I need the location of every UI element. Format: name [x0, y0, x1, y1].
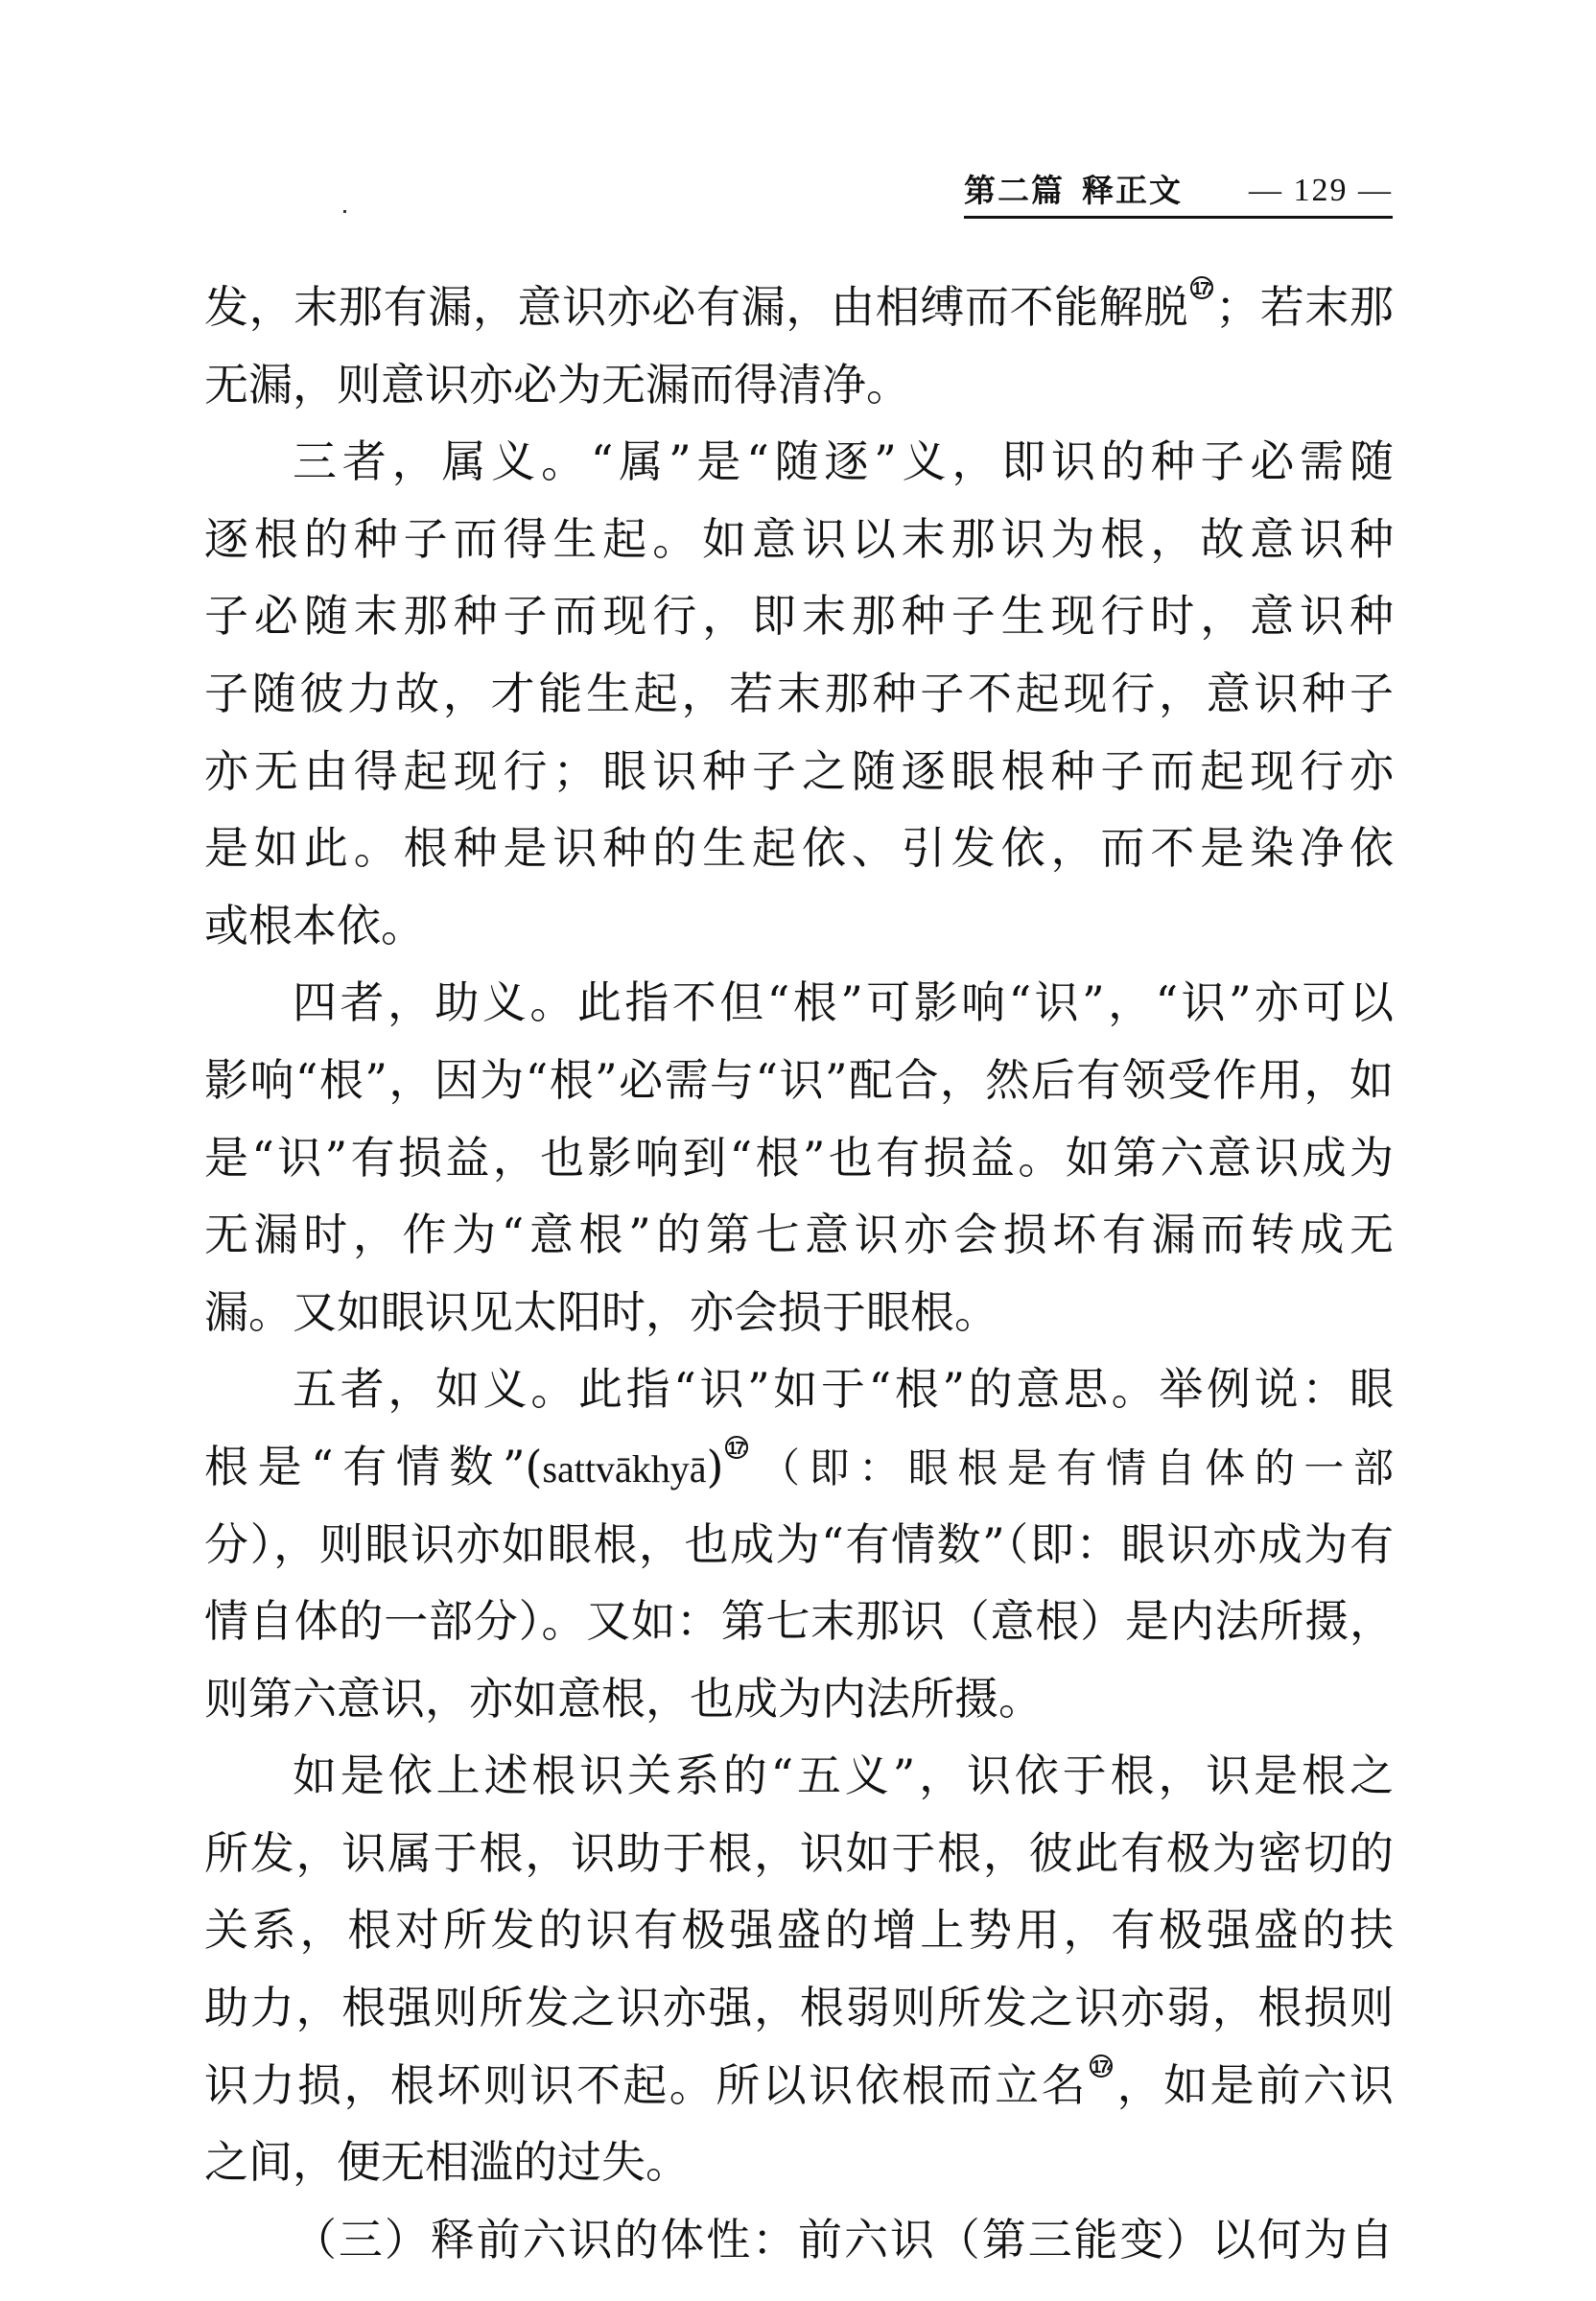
text-line: 之间，便无相滥的过失。 — [204, 2124, 1394, 2201]
text-line: 助力，根强则所发之识亦强，根弱则所发之识亦弱，根损则 — [204, 1969, 1394, 2047]
text-line: 漏。又如眼识见太阳时，亦会损于眼根。 — [204, 1274, 1394, 1351]
text-line: 子随彼力故，才能生起，若末那种子不起现行，意识种子 — [204, 655, 1394, 733]
paragraph-start-line: 三者，属义。“属”是“随逐”义，即识的种子必需随 — [204, 423, 1394, 501]
line-text: 发，末那有漏，意识亦必有漏，由相缚而不能解脱 — [204, 281, 1188, 333]
text-line: 逐根的种子而得生起。如意识以末那识为根，故意识种 — [204, 501, 1394, 578]
text-line: 所发，识属于根，识助于根，识如于根，彼此有极为密切的 — [204, 1815, 1394, 1892]
line-text: （即：眼根是有情自体的一部 — [750, 1444, 1394, 1491]
line-text: ) — [707, 1441, 724, 1492]
line-text: ，如是前六识 — [1115, 2059, 1394, 2111]
footnote-marker-172[interactable]: 172 — [1190, 276, 1213, 299]
header-chapter: 第二篇 — [964, 170, 1065, 212]
running-header: 第二篇 释正文 — 129 — — [964, 169, 1393, 219]
line-text: ；若末那 — [1215, 281, 1394, 333]
text-line: 是如此。根种是识种的生起依、引发依，而不是染净依 — [204, 810, 1394, 887]
text-line: 则第六意识，亦如意根，也成为内法所摄。 — [204, 1660, 1394, 1738]
text-line: 子必随末那种子而现行，即末那种子生现行时，意识种 — [204, 577, 1394, 655]
paragraph-start-line: 四者，助义。此指不但“根”可影响“识”，“识”亦可以 — [204, 964, 1394, 1042]
text-line: 是“识”有损益，也影响到“根”也有损益。如第六意识成为 — [204, 1119, 1394, 1197]
body-text: 发，末那有漏，意识亦必有漏，由相缚而不能解脱172；若末那 无漏，则意识亦必为无… — [204, 269, 1394, 2278]
text-line: 或根本依。 — [204, 887, 1394, 965]
text-line: 亦无由得起现行；眼识种子之随逐眼根种子而起现行亦 — [204, 733, 1394, 810]
text-line: 分），则眼识亦如眼根，也成为“有情数”（即：眼识亦成为有 — [204, 1506, 1394, 1584]
page-number: — 129 — — [1249, 170, 1393, 212]
header-title-group: 第二篇 释正文 — [964, 170, 1183, 212]
footnote-marker-173[interactable]: 173 — [725, 1436, 748, 1459]
line-text: 识力损，根坏则识不起。所以识依根而立名 — [204, 2059, 1088, 2111]
line-text: 根是“有情数”( — [204, 1441, 542, 1492]
text-line: 无漏，则意识亦必为无漏而得清净。 — [204, 346, 1394, 424]
text-line: 发，末那有漏，意识亦必有漏，由相缚而不能解脱172；若末那 — [204, 269, 1394, 346]
text-line: 情自体的一部分）。又如：第七末那识（意根）是内法所摄， — [204, 1583, 1394, 1660]
paragraph-start-line: 五者，如义。此指“识”如于“根”的意思。举例说：眼 — [204, 1350, 1394, 1428]
text-line: 无漏时，作为“意根”的第七意识亦会损坏有漏而转成无 — [204, 1196, 1394, 1274]
sanskrit-term: sattvākhyā — [542, 1447, 706, 1491]
paragraph-start-line: 如是依上述根识关系的“五义”，识依于根，识是根之 — [204, 1737, 1394, 1815]
text-line: 关系，根对所发的识有极强盛的增上势用，有极强盛的扶 — [204, 1891, 1394, 1969]
text-line: 识力损，根坏则识不起。所以识依根而立名174，如是前六识 — [204, 2047, 1394, 2125]
header-section: 释正文 — [1082, 170, 1183, 212]
text-line: 影响“根”，因为“根”必需与“识”配合，然后有领受作用，如 — [204, 1042, 1394, 1119]
text-line: 根是“有情数”(sattvākhyā)173（即：眼根是有情自体的一部 — [204, 1428, 1394, 1506]
footnote-marker-174[interactable]: 174 — [1090, 2054, 1113, 2078]
section-heading-line: （三）释前六识的体性：前六识（第三能变）以何为自 — [204, 2201, 1394, 2279]
scan-speck — [343, 210, 346, 213]
